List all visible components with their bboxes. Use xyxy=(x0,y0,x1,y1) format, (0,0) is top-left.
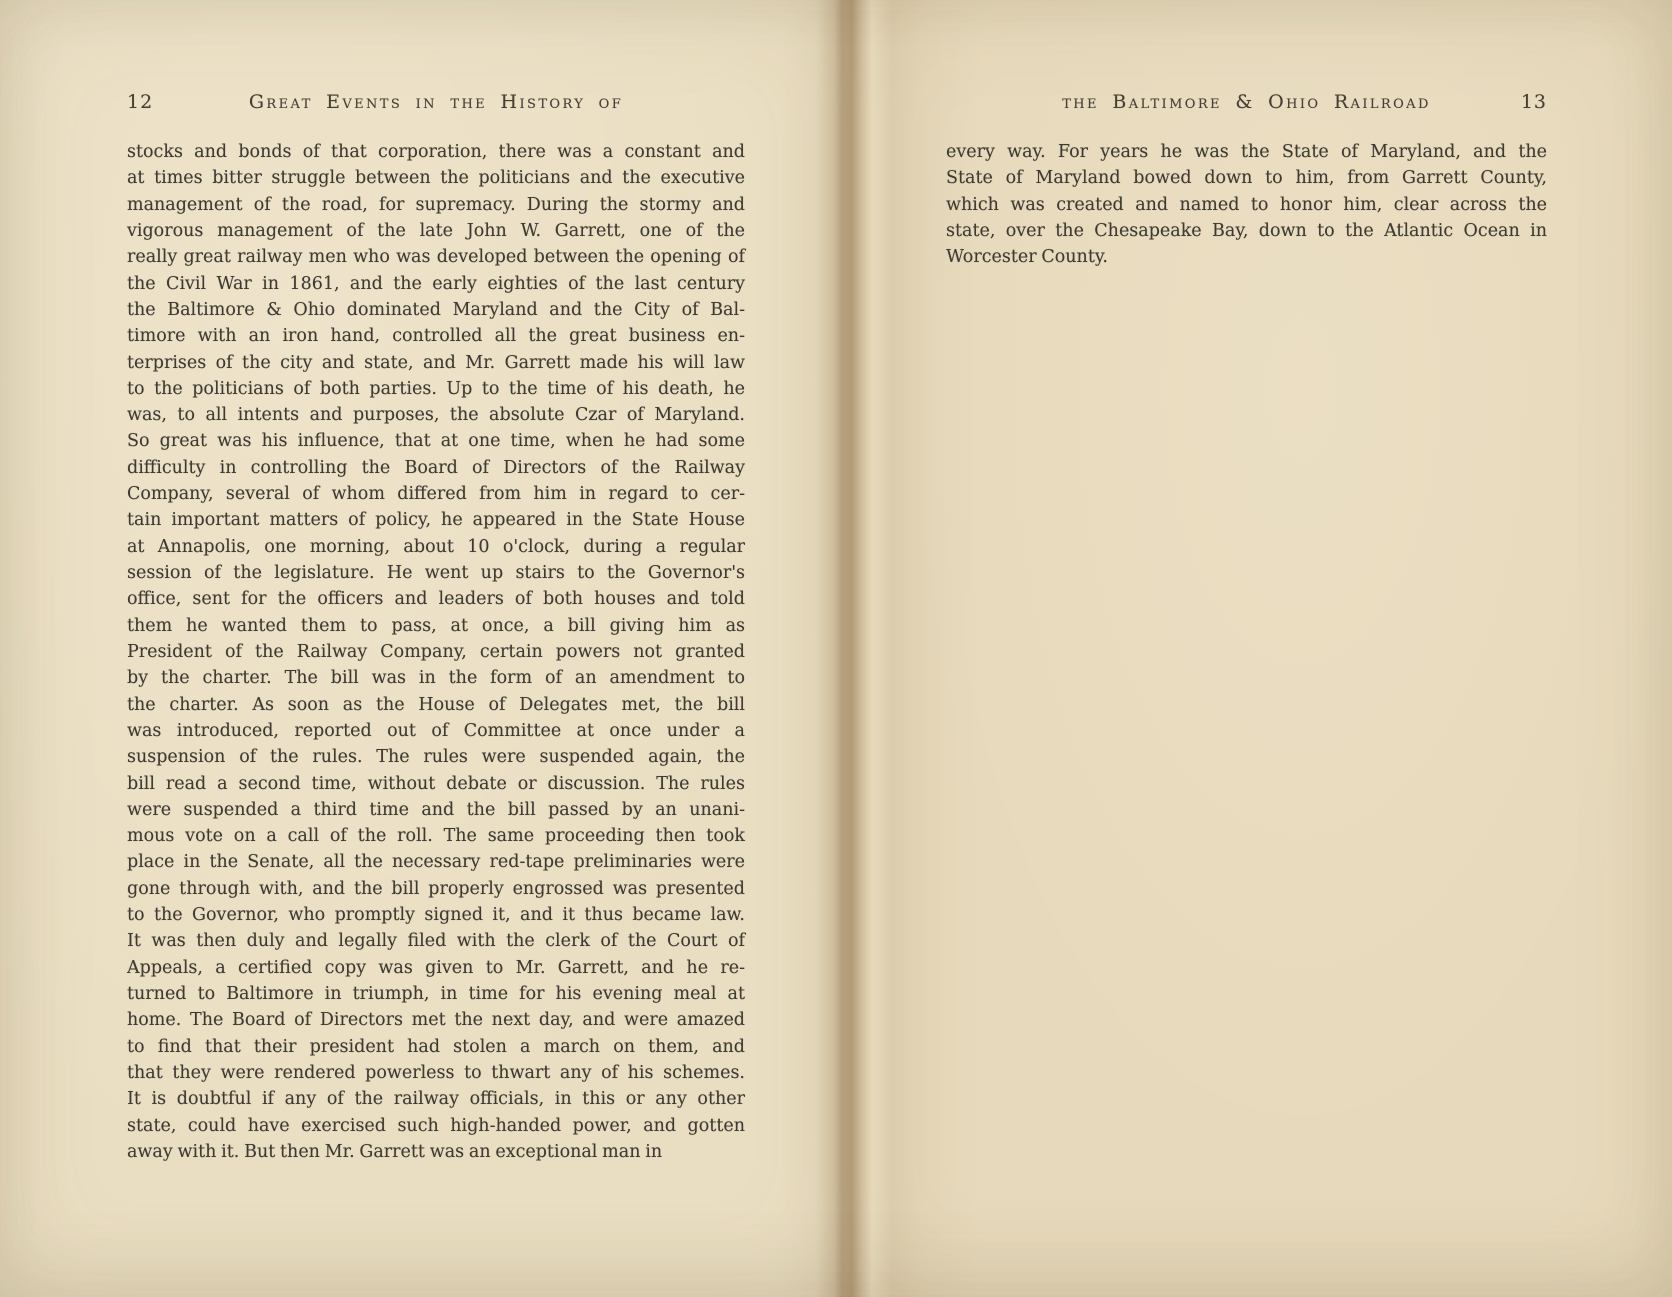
page-right: the Baltimore & Ohio Railroad 13 every w… xyxy=(849,0,1672,1297)
body-text-line: terprises of the city and state, and Mr.… xyxy=(127,350,745,376)
body-text-line: President of the Railway Company, certai… xyxy=(127,639,745,665)
body-text-line: gone through with, and the bill properly… xyxy=(127,876,745,902)
body-text-line: Worcester County. xyxy=(946,244,1547,270)
body-text-line: was, to all intents and purposes, the ab… xyxy=(127,402,745,428)
body-text-line: stocks and bonds of that corporation, th… xyxy=(127,139,745,165)
body-text-line: It is doubtful if any of the railway off… xyxy=(127,1086,745,1112)
body-text-line: office, sent for the officers and leader… xyxy=(127,586,745,612)
body-text-line: Appeals, a certified copy was given to M… xyxy=(127,955,745,981)
body-text-line: State of Maryland bowed down to him, fro… xyxy=(946,165,1547,191)
running-header-left: Great Events in the History of xyxy=(127,91,745,113)
body-text-line: at Annapolis, one morning, about 10 o'cl… xyxy=(127,534,745,560)
body-text-line: really great railway men who was develop… xyxy=(127,244,745,270)
body-text-line: at times bitter struggle between the pol… xyxy=(127,165,745,191)
body-text-line: mous vote on a call of the roll. The sam… xyxy=(127,823,745,849)
body-text-line: which was created and named to honor him… xyxy=(946,192,1547,218)
body-text-line: to the politicians of both parties. Up t… xyxy=(127,376,745,402)
body-text-line: them he wanted them to pass, at once, a … xyxy=(127,613,745,639)
body-text-line: tain important matters of policy, he app… xyxy=(127,507,745,533)
page-header-right: the Baltimore & Ohio Railroad 13 xyxy=(946,91,1547,117)
body-text-line: place in the Senate, all the necessary r… xyxy=(127,849,745,875)
body-text-line: was introduced, reported out of Committe… xyxy=(127,718,745,744)
body-text-line: session of the legislature. He went up s… xyxy=(127,560,745,586)
body-text-line: Company, several of whom differed from h… xyxy=(127,481,745,507)
body-text-line: suspension of the rules. The rules were … xyxy=(127,744,745,770)
body-text-line: the charter. As soon as the House of Del… xyxy=(127,692,745,718)
body-text-line: state, could have exercised such high-ha… xyxy=(127,1113,745,1139)
body-text-line: by the charter. The bill was in the form… xyxy=(127,665,745,691)
book-spread: 12 Great Events in the History of stocks… xyxy=(0,0,1672,1297)
body-text-line: state, over the Chesapeake Bay, down to … xyxy=(946,218,1547,244)
body-text-line: to find that their president had stolen … xyxy=(127,1034,745,1060)
body-text-line: So great was his influence, that at one … xyxy=(127,428,745,454)
page-number-left: 12 xyxy=(127,91,153,113)
body-text-line: to the Governor, who promptly signed it,… xyxy=(127,902,745,928)
body-text-line: timore with an iron hand, controlled all… xyxy=(127,323,745,349)
running-header-right: the Baltimore & Ohio Railroad xyxy=(946,91,1547,113)
body-text-line: It was then duly and legally filed with … xyxy=(127,928,745,954)
body-text-line: every way. For years he was the State of… xyxy=(946,139,1547,165)
body-text-line: were suspended a third time and the bill… xyxy=(127,797,745,823)
page-number-right: 13 xyxy=(1521,91,1547,113)
page-body-left: stocks and bonds of that corporation, th… xyxy=(127,139,745,1165)
body-text-line: vigorous management of the late John W. … xyxy=(127,218,745,244)
body-text-line: the Civil War in 1861, and the early eig… xyxy=(127,271,745,297)
body-text-line: management of the road, for supremacy. D… xyxy=(127,192,745,218)
body-text-line: difficulty in controlling the Board of D… xyxy=(127,455,745,481)
page-header-left: 12 Great Events in the History of xyxy=(127,91,745,117)
body-text-line: the Baltimore & Ohio dominated Maryland … xyxy=(127,297,745,323)
page-left: 12 Great Events in the History of stocks… xyxy=(0,0,849,1297)
body-text-line: home. The Board of Directors met the nex… xyxy=(127,1007,745,1033)
body-text-line: bill read a second time, without debate … xyxy=(127,771,745,797)
body-text-line: that they were rendered powerless to thw… xyxy=(127,1060,745,1086)
page-body-right: every way. For years he was the State of… xyxy=(946,139,1547,271)
body-text-line: away with it. But then Mr. Garrett was a… xyxy=(127,1139,745,1165)
body-text-line: turned to Baltimore in triumph, in time … xyxy=(127,981,745,1007)
